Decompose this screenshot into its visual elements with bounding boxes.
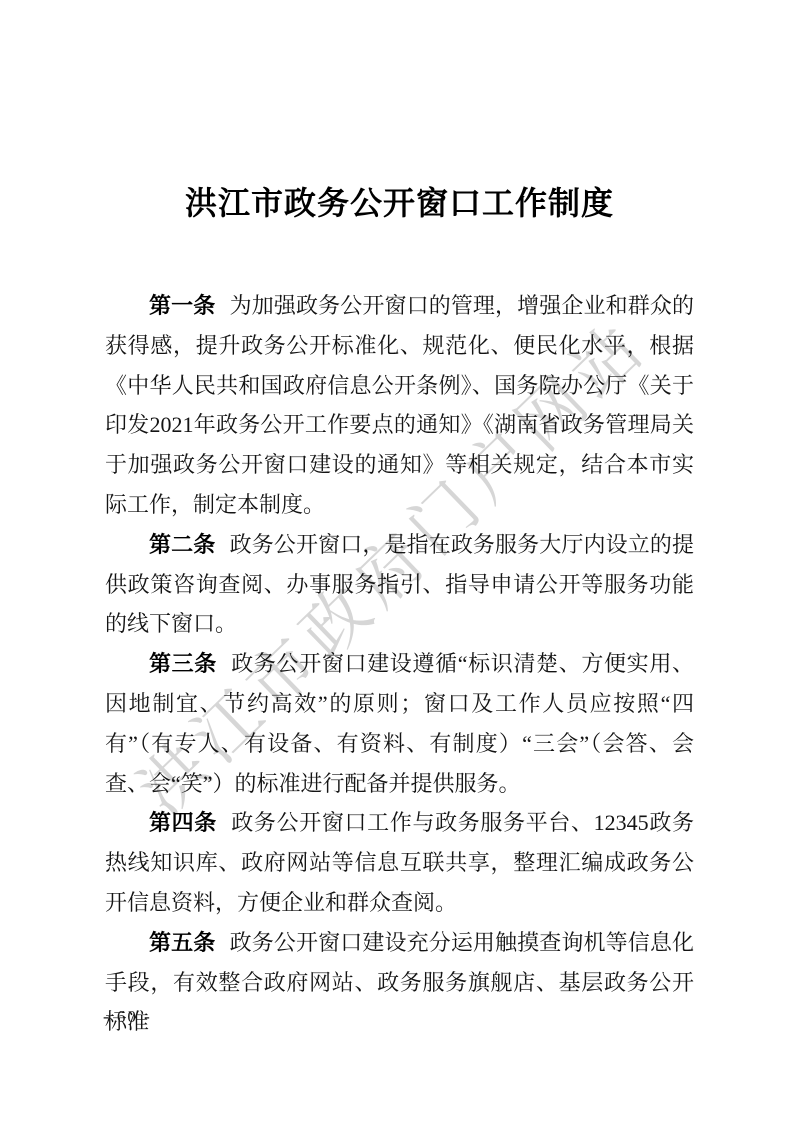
article-paragraph-5: 第五条政务公开窗口建设充分运用触摸查询机等信息化手段，有效整合政府网站、政务服务… xyxy=(105,923,694,1042)
document-body: 第一条为加强政务公开窗口的管理，增强企业和群众的获得感，提升政务公开标准化、规范… xyxy=(105,286,694,1042)
article-paragraph-1: 第一条为加强政务公开窗口的管理，增强企业和群众的获得感，提升政务公开标准化、规范… xyxy=(105,286,694,525)
article-paragraph-2: 第二条政务公开窗口，是指在政务服务大厅内设立的提供政策咨询查阅、办事服务指引、指… xyxy=(105,525,694,644)
document-page: 洪江市政府门户网站 洪江市政务公开窗口工作制度 第一条为加强政务公开窗口的管理，… xyxy=(0,0,793,1122)
article-text-1: 为加强政务公开窗口的管理，增强企业和群众的获得感，提升政务公开标准化、规范化、便… xyxy=(105,293,694,517)
article-paragraph-3: 第三条政务公开窗口建设遵循“标识清楚、方便实用、因地制宜、节约高效”的原则；窗口… xyxy=(105,644,694,803)
article-number-3: 第三条 xyxy=(149,651,217,676)
page-number: - 60 - xyxy=(103,1006,152,1028)
article-number-1: 第一条 xyxy=(149,293,215,318)
article-number-4: 第四条 xyxy=(149,810,217,835)
article-number-2: 第二条 xyxy=(149,532,215,557)
article-paragraph-4: 第四条政务公开窗口工作与政务服务平台、12345政务热线知识库、政府网站等信息互… xyxy=(105,803,694,922)
document-title: 洪江市政务公开窗口工作制度 xyxy=(105,183,694,223)
article-number-5: 第五条 xyxy=(149,930,215,955)
page-content: 洪江市政务公开窗口工作制度 第一条为加强政务公开窗口的管理，增强企业和群众的获得… xyxy=(0,0,793,1122)
